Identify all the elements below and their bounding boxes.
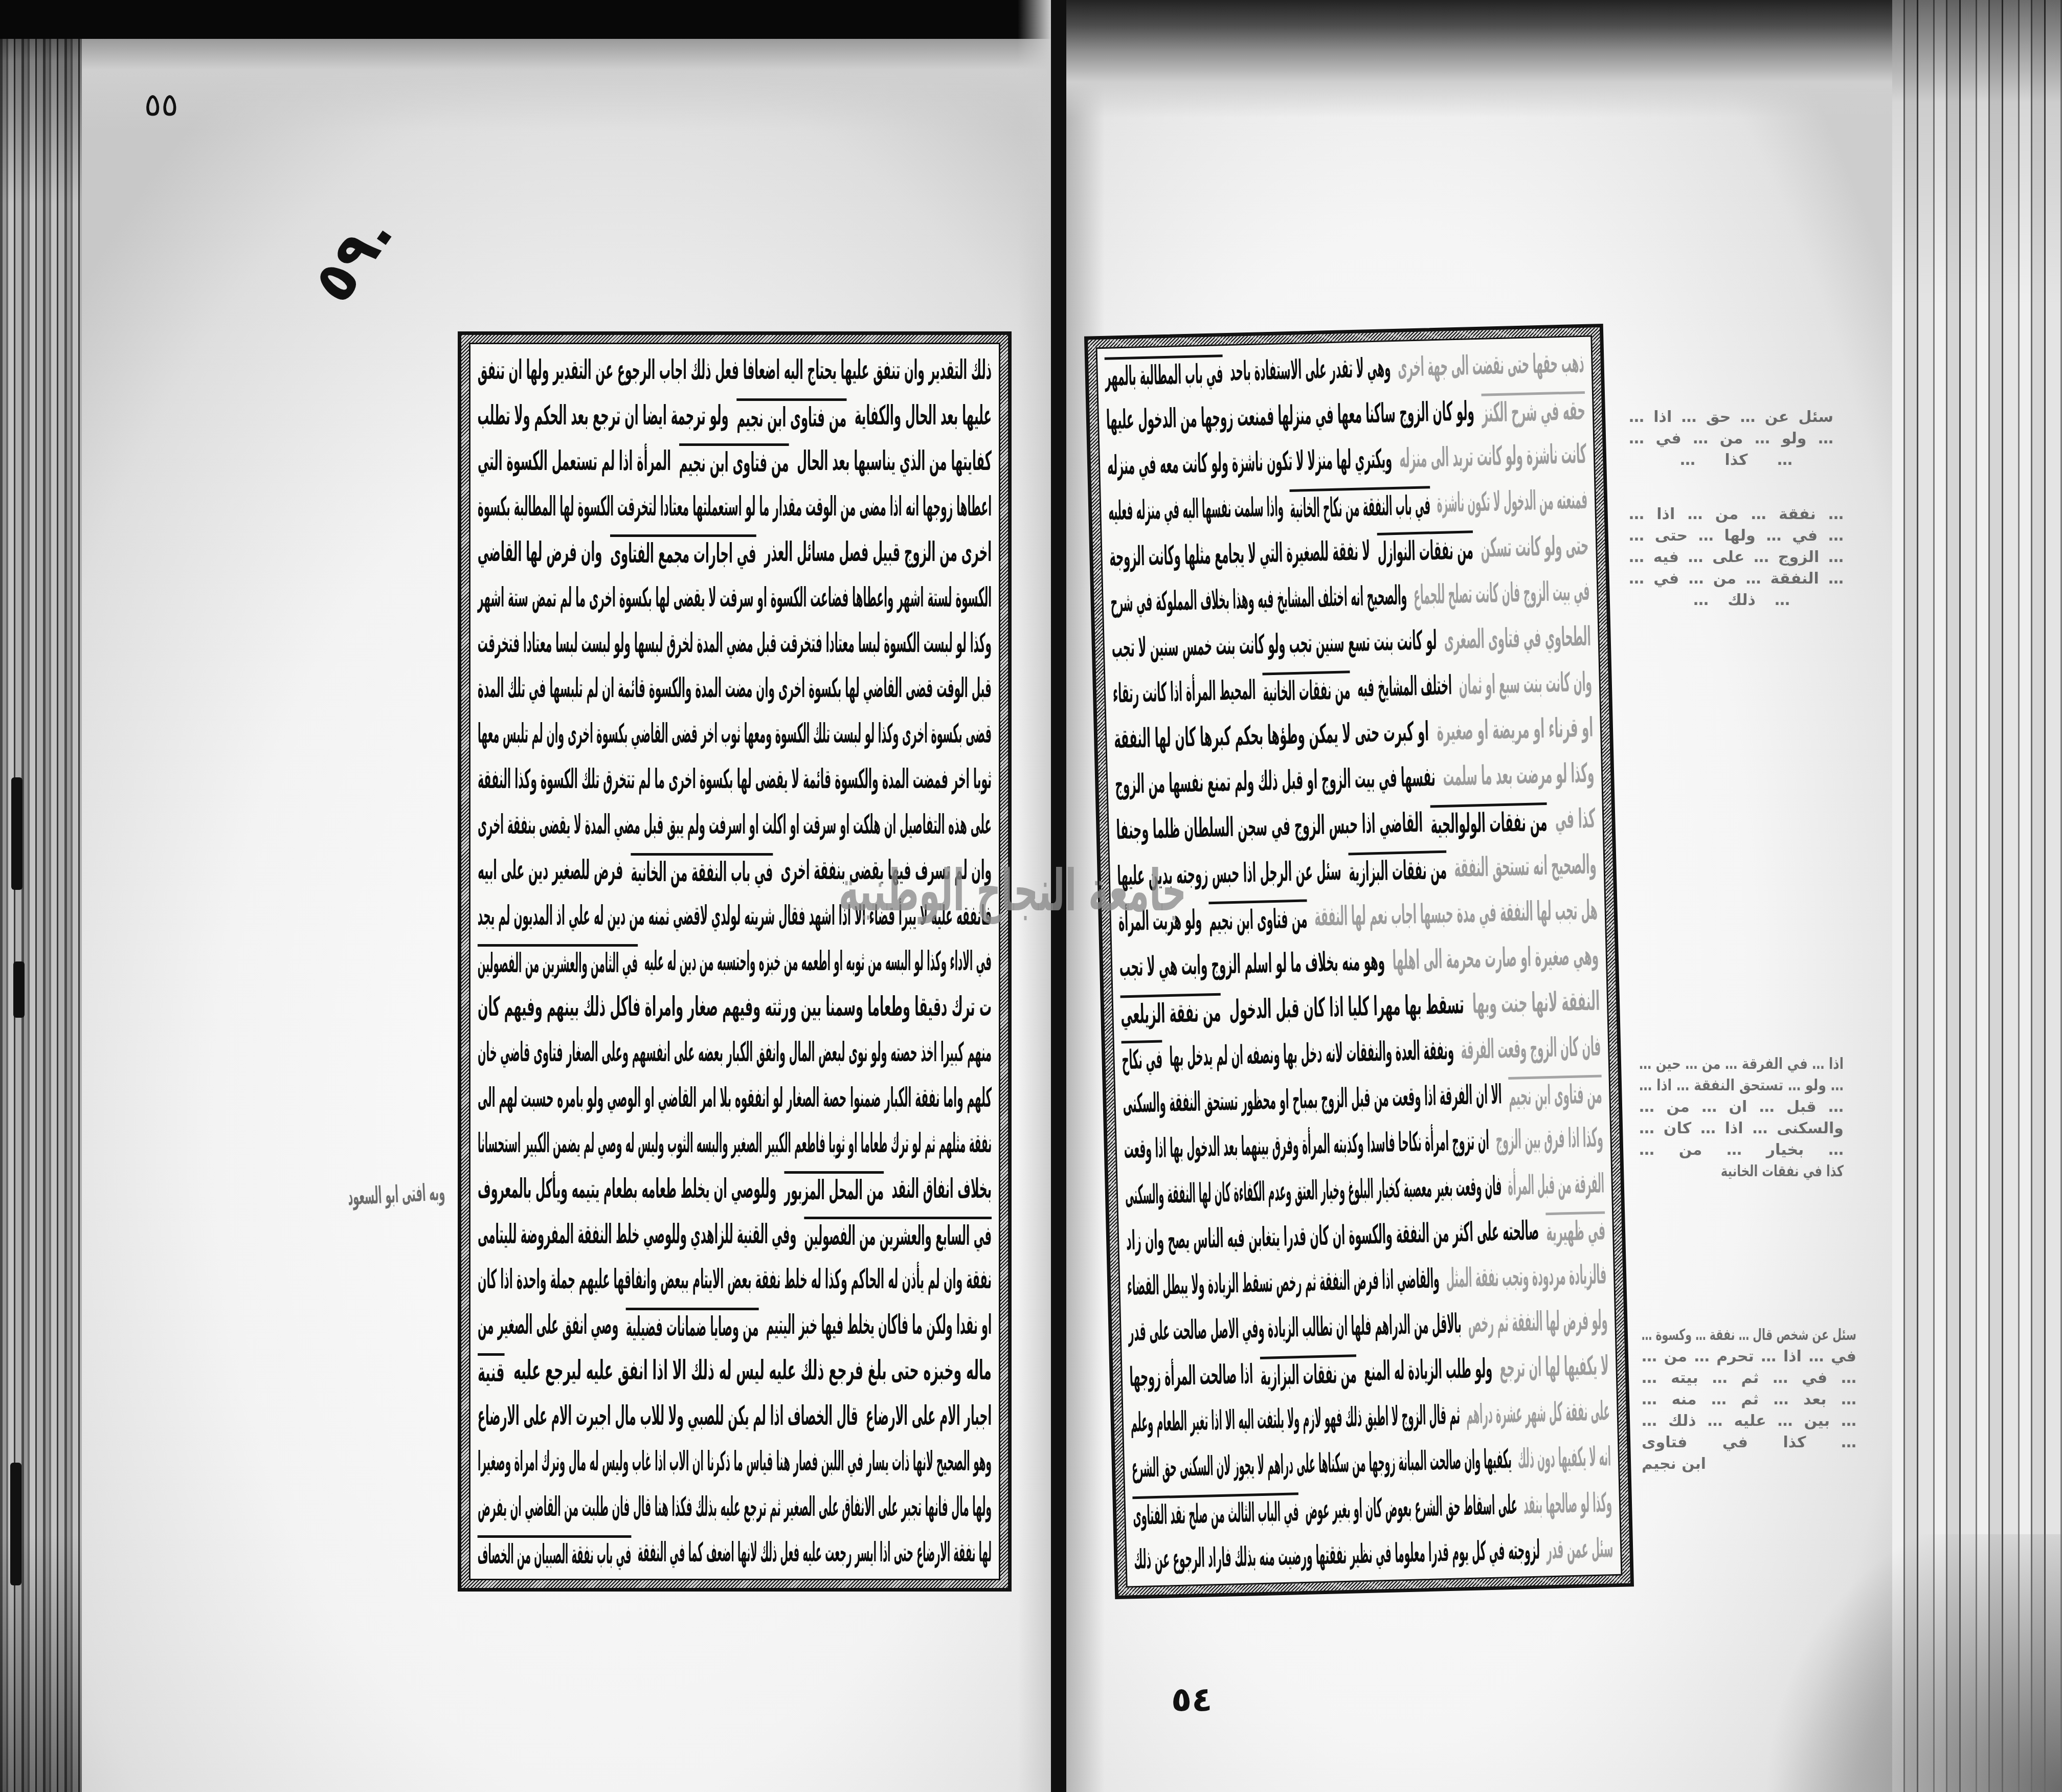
line-row: ت ترك دقيقا وطعاما وسمنا بين ورثته وفيهم… xyxy=(478,985,992,1029)
note-text: … الزوج … على … فيه … xyxy=(1629,547,1844,568)
note-line: … كذا … xyxy=(1680,450,1792,471)
left-page-edges xyxy=(0,0,84,1792)
line-row: … بعد … ثم … منه … xyxy=(1642,1389,1856,1410)
text-line: ماله وخبزه حتى بلغ فرجع ذلك عليه ليس له … xyxy=(478,1349,992,1393)
line-row: … في … ولها … حتى … xyxy=(1629,525,1844,547)
line-row: كلهم واما نفقة الكبار ضمنوا حصة الصغار ل… xyxy=(478,1076,992,1120)
line-text: ويكتري لها منزلا لا تكون ناشزة ولو كانت … xyxy=(1107,437,1393,488)
source-citation: من وصايا ضمانات فضيلية xyxy=(626,1308,759,1343)
line-text: صالحته على اكثر من النفقة والكسوة ان كان… xyxy=(1126,1208,1539,1263)
line-text: كلهم واما نفقة الكبار ضمنوا حصة الصغار ل… xyxy=(478,1076,992,1120)
note-text: … ذلك … xyxy=(1693,590,1790,611)
source-citation: في السابع والعشرين من الفصولين xyxy=(804,1217,992,1252)
note-text: … ولو … تستحق النفقة … اذا … xyxy=(1639,1075,1844,1096)
source-citation: في باب المطالبة بالمهر xyxy=(1105,354,1224,392)
source-citation: في باب نفقة الصبيان من الخصاف xyxy=(478,1535,632,1571)
note-text: ابن نجيم xyxy=(1642,1453,1706,1475)
line-row: اعطاها زوجها انه اذا مضى من الوقت مقدار … xyxy=(478,485,992,529)
line-text: ان تزوج امرأة نكاحا فاسدا وكذبته المرأة … xyxy=(1124,1118,1490,1171)
note-text: والسكنى … اذا … كان … xyxy=(1639,1118,1844,1139)
text-line: سئل عمن قدرلزوجته في كل يوم قدرا معلوما … xyxy=(1133,1526,1613,1582)
note-line: … في … ولها … حتى … xyxy=(1629,525,1844,547)
faded-text: فان كان الزوج وقعت الفرقة xyxy=(1461,1025,1602,1072)
text-line: في الاداء وكذا لو البسه من ثوبه او اطعمه… xyxy=(478,939,992,983)
line-text: ثوبا اخر فمضت المدة والكسوة قائمة لا يقض… xyxy=(478,757,992,801)
line-row: … في … ثم … بيته … xyxy=(1642,1368,1856,1389)
line-text: ولو ترجمة ايضا ان ترجع بعد الحكم ولا تطل… xyxy=(478,394,729,438)
line-text: الكسوة لستة اشهر واعطاها فضاعت الكسوة او… xyxy=(478,576,992,620)
note-line: ابن نجيم xyxy=(1642,1453,1706,1475)
faded-text: انه لا يكفيها دون ذلك xyxy=(1517,1435,1611,1481)
source-citation: في الباب الثالث من صلح نقد الفتاوى xyxy=(1132,1492,1299,1532)
line-row: سئل عن شخص قال … نفقة … وكسوة … xyxy=(1642,1325,1856,1346)
left-margin-note: وبه افتى ابو السعود xyxy=(347,1171,446,1217)
source-citation: قنية xyxy=(478,1353,504,1388)
line-text: وهو الصحيح لانها ذات يسار في اللبن فصار … xyxy=(478,1440,992,1484)
line-text: ت ترك دقيقا وطعاما وسمنا بين ورثته وفيهم… xyxy=(478,985,992,1029)
source-citation: من نفقات الخانية xyxy=(1262,670,1351,708)
right-text-frame: ذهب حقها حتى نقضت الى جهة اخرىوهي لا تقد… xyxy=(1084,324,1634,1599)
note-line: … ولو … تستحق النفقة … اذا … xyxy=(1639,1075,1844,1096)
text-line: لها نفقة الارضاع حتى اذا ايسر رجعت عليه … xyxy=(478,1531,992,1575)
line-text: بخلاف انفاق النقد xyxy=(891,1167,992,1211)
watermark-line: جامعة النجاح الوطنية xyxy=(839,855,1186,927)
faded-text: النفقة لانها جنت وبها xyxy=(1472,979,1600,1026)
line-text: نفقة وان لم يأذن له الحاكم وكذا له خلط ن… xyxy=(478,1258,992,1302)
text-line: ثوبا اخر فمضت المدة والكسوة قائمة لا يقض… xyxy=(478,757,992,801)
line-row: … بين … عليه … ذلك … xyxy=(1642,1410,1856,1432)
edge-inscription-mark xyxy=(10,1463,21,1585)
line-row: … بخيار … من … xyxy=(1639,1139,1844,1161)
line-row: لها نفقة الارضاع حتى اذا ايسر رجعت عليه … xyxy=(478,1531,992,1575)
note-line: اذا … في الفرقة … من … حين … xyxy=(1639,1054,1844,1075)
right-page-edges xyxy=(1892,0,2062,1792)
faded-text: في بيت الزوج فان كانت تصلح للجماع xyxy=(1413,569,1590,617)
text-line: الكسوة لستة اشهر واعطاها فضاعت الكسوة او… xyxy=(478,576,992,620)
line-row: … كذا في فتاوى xyxy=(1642,1432,1856,1453)
line-text: وكذا لو لبست الكسوة لبسا معتادا فتخرقت ق… xyxy=(478,621,992,665)
line-text: على هذه التفاصيل ان هلكت او سرقت او اكلت… xyxy=(478,803,992,847)
text-line: كفايتها من الذي يناسبها بعد الحالمن فتاو… xyxy=(478,439,992,483)
note-text: … كذا في فتاوى xyxy=(1642,1432,1856,1453)
line-text: على اسقاط حق الشرع بعوض كان او بغير عوض xyxy=(1305,1483,1518,1532)
text-line: او نقدا ولكن ما فاكان يخلط فيها خبز اليت… xyxy=(478,1303,992,1347)
faded-text: على نفقة كل شهر عشرة دراهم xyxy=(1466,1390,1610,1437)
text-line: عليها بعد الحال والكفايةمن فتاوى ابن نجي… xyxy=(478,394,992,438)
note-text: … قبل … ان … من … xyxy=(1639,1096,1844,1118)
line-row: او نقدا ولكن ما فاكان يخلط فيها خبز اليت… xyxy=(478,1303,992,1347)
note-line: والسكنى … اذا … كان … xyxy=(1639,1118,1844,1139)
line-row: وبه افتى ابو السعود xyxy=(347,1171,446,1217)
line-row: في الاداء وكذا لو البسه من ثوبه او اطعمه… xyxy=(478,939,992,983)
text-line: قضى بكسوة اخرى وكذا لو لبست تلك الكسوة و… xyxy=(478,712,992,756)
line-row: في … اذا … تحرم … من … xyxy=(1642,1346,1856,1368)
faded-text: وكذا لو صالحها بنقد xyxy=(1523,1481,1612,1527)
note-line: … بخيار … من … xyxy=(1639,1139,1844,1161)
line-text: وصي انفق على الصغير من xyxy=(478,1303,618,1347)
line-text: ولو طلب الزيادة له المنع xyxy=(1363,1347,1493,1394)
line-row: ماله وخبزه حتى بلغ فرجع ذلك عليه ليس له … xyxy=(478,1349,992,1393)
line-text: واذا سلمت نفسها اليه في منزله فعليه xyxy=(1108,485,1284,533)
faded-text: الفرقة من قبل المرأة xyxy=(1507,1161,1605,1208)
line-text: قال الخصاف اذا لم يكن للصبي ولا للاب مال… xyxy=(478,1394,858,1438)
source-citation: من المحل المزبور xyxy=(785,1171,884,1206)
note-line: سئل عن شخص قال … نفقة … وكسوة … xyxy=(1642,1325,1856,1346)
source-citation: في ظهيرية xyxy=(1545,1212,1605,1248)
text-line: نفقة وان لم يأذن له الحاكم وكذا له خلط ن… xyxy=(478,1258,992,1302)
note-line: … نفقة … من … اذا … xyxy=(1629,504,1844,525)
line-text: تسقط بها مهرا كليا اذا كان قبل الدخول xyxy=(1229,982,1465,1032)
note-line: … كذا في فتاوى xyxy=(1642,1432,1856,1453)
margin-note: … نفقة … من … اذا … … في … ولها … حتى … … xyxy=(1629,504,1844,611)
line-text: قبل الوقت قضى القاضي لها بكسوة اخرى وان … xyxy=(478,666,992,710)
note-text: في … اذا … تحرم … من … xyxy=(1642,1346,1856,1368)
note-line: … النفقة … من … في … xyxy=(1629,568,1844,590)
note-text: سئل عن شخص قال … نفقة … وكسوة … xyxy=(1642,1325,1856,1346)
text-line: ولها مال فانها تجبر على الانفاق على الصغ… xyxy=(478,1485,992,1529)
line-row: … نفقة … من … اذا … xyxy=(1629,504,1844,525)
note-text: … في … ثم … بيته … xyxy=(1642,1368,1856,1389)
note-line: … ولو … من … في … xyxy=(1629,428,1833,450)
text-line: اعطاها زوجها انه اذا مضى من الوقت مقدار … xyxy=(478,485,992,529)
note-line: … في … ثم … بيته … xyxy=(1642,1368,1856,1389)
line-text: وهو منه بخلاف ما لو اسلم الزوج وابت هي ل… xyxy=(1119,939,1385,990)
line-text: او كبرت حتى لا يمكن وطؤها بحكم كبرها كان… xyxy=(1113,710,1429,761)
faded-text: سئل عمن قدر xyxy=(1546,1526,1613,1572)
line-row: … النفقة … من … في … xyxy=(1629,568,1844,590)
watermark-text: جامعة النجاح الوطنية xyxy=(839,855,1186,927)
edge-inscription-mark xyxy=(13,961,25,1018)
line-text: كفايتها من الذي يناسبها بعد الحال xyxy=(797,439,992,483)
line-text: لزوجته في كل يوم قدرا معلوما في نظير نفق… xyxy=(1133,1528,1540,1581)
line-row: الكسوة لستة اشهر واعطاها فضاعت الكسوة او… xyxy=(478,576,992,620)
note-line: … ذلك … xyxy=(1693,590,1790,611)
faded-text: كذا في xyxy=(1555,797,1596,842)
note-line: … قبل … ان … من … xyxy=(1639,1096,1844,1118)
line-text: عليها بعد الحال والكفاية xyxy=(855,394,992,438)
line-text: الا ان الفرقة اذا وقعت من قبل الزوج بمبا… xyxy=(1122,1073,1502,1126)
faded-text: فالزيادة مردودة وتجب نفقة المثل xyxy=(1446,1252,1607,1301)
line-text: وللوصي ان يخلط طعامه بطعام يتيمه ويأكل ب… xyxy=(478,1167,776,1211)
line-text: اعطاها زوجها انه اذا مضى من الوقت مقدار … xyxy=(478,485,992,529)
note-line: سئل عن … حق … اذا … xyxy=(1629,407,1833,428)
line-row: ذلك التقدير وان تنفق عليها يحتاج اليه اض… xyxy=(478,348,992,392)
line-text: نفسها في بيت الزوج او قبل ذلك ولم تمنع ن… xyxy=(1114,755,1436,807)
page-number: ٥٥ xyxy=(144,86,178,123)
line-text: والصحيح انه اختلف المشايخ فيه وهذا بخلاف… xyxy=(1110,573,1407,624)
source-citation: من نفقات البزازية xyxy=(1260,1354,1357,1392)
left-text-block: ذلك التقدير وان تنفق عليها يحتاج اليه اض… xyxy=(469,343,1000,1580)
page-shadow xyxy=(82,39,1051,131)
note-text: … في … ولها … حتى … xyxy=(1629,525,1844,547)
margin-note: سئل عن شخص قال … نفقة … وكسوة … في … اذا… xyxy=(1642,1325,1856,1475)
note-text: … ولو … من … في … xyxy=(1629,428,1833,450)
faded-text: وكذا لو مرضت بعد ما سلمت xyxy=(1443,751,1595,799)
line-row: قبل الوقت قضى القاضي لها بكسوة اخرى وان … xyxy=(478,666,992,710)
source-citation: من نفقة الزيلعي xyxy=(1120,993,1222,1031)
note-text: وبه افتى ابو السعود xyxy=(347,1171,446,1217)
text-line: قبل الوقت قضى القاضي لها بكسوة اخرى وان … xyxy=(478,666,992,710)
margin-note: سئل عن … حق … اذا … … ولو … من … في … … … xyxy=(1629,407,1833,471)
note-line: في … اذا … تحرم … من … xyxy=(1642,1346,1856,1368)
line-text: منهم كبيرا اخذ حصته ولو نوى لبعض المال و… xyxy=(478,1031,992,1074)
line-text: ذلك التقدير وان تنفق عليها يحتاج اليه اض… xyxy=(478,348,992,392)
line-text: فان وقعت بغير معصية كخيار البلوغ وخيار ا… xyxy=(1125,1164,1502,1217)
source-citation: من فتاوى ابن نجيم xyxy=(1508,1074,1602,1112)
note-line: … الزوج … على … فيه … xyxy=(1629,547,1844,568)
line-row: … كذا … xyxy=(1680,450,1792,471)
line-row: … الزوج … على … فيه … xyxy=(1629,547,1844,568)
line-row: نفقة مثلهم ثم لو ترك طعاما او ثوبا فاطعم… xyxy=(478,1122,992,1166)
faded-text: والصحيح انه تستحق النفقة xyxy=(1453,842,1597,890)
note-text: سئل عن … حق … اذا … xyxy=(1629,407,1833,428)
line-row: قضى بكسوة اخرى وكذا لو لبست تلك الكسوة و… xyxy=(478,712,992,756)
source-citation: في نكاح xyxy=(1122,1040,1163,1076)
line-text: لو كانت بنت تسع سنين تجب ولو كانت بنت خم… xyxy=(1111,618,1438,670)
line-text: نفقة مثلهم ثم لو ترك طعاما او ثوبا فاطعم… xyxy=(478,1122,992,1166)
text-line: نفقة مثلهم ثم لو ترك طعاما او ثوبا فاطعم… xyxy=(478,1122,992,1166)
line-row: وكذا لو لبست الكسوة لبسا معتادا فتخرقت ق… xyxy=(478,621,992,665)
source-citation: حقه في شرح الكنز xyxy=(1482,391,1586,429)
note-line: كذا في نفقات الخانية xyxy=(1721,1161,1844,1182)
faded-text: وهي صغيرة او صارت محرمة الى اهلها xyxy=(1392,933,1599,982)
line-text: ثم قال الزوج لا اطيق ذلك فهو لازم ولا يل… xyxy=(1130,1393,1461,1445)
line-row: عليها بعد الحال والكفايةمن فتاوى ابن نجي… xyxy=(478,394,992,438)
line-text: ولها مال فانها تجبر على الانفاق على الصغ… xyxy=(478,1485,992,1529)
line-row: في السابع والعشرين من الفصولينوفي القنية… xyxy=(478,1213,992,1257)
margin-note: اذا … في الفرقة … من … حين … … ولو … تست… xyxy=(1639,1054,1844,1182)
note-text: … كذا … xyxy=(1680,450,1792,471)
line-row: كفايتها من الذي يناسبها بعد الحالمن فتاو… xyxy=(478,439,992,483)
line-text: يكفيها وان صالحت المبانة زوجها من سكناها… xyxy=(1131,1437,1512,1490)
line-text: قضى بكسوة اخرى وكذا لو لبست تلك الكسوة و… xyxy=(478,712,992,756)
source-citation: من فتاوى ابن نجيم xyxy=(1208,900,1308,937)
source-citation: من نفقات البزازية xyxy=(1348,850,1447,888)
line-row: … ولو … تستحق النفقة … اذا … xyxy=(1639,1075,1844,1096)
line-text: المحيط المرأة اذا كانت رتقاء xyxy=(1112,668,1256,716)
right-text-block: ذهب حقها حتى نقضت الى جهة اخرىوهي لا تقد… xyxy=(1096,335,1623,1588)
line-text: لها نفقة الارضاع حتى اذا ايسر رجعت عليه … xyxy=(638,1531,992,1575)
line-row: سئل عمن قدرلزوجته في كل يوم قدرا معلوما … xyxy=(1133,1526,1613,1582)
line-row: نفقة وان لم يأذن له الحاكم وكذا له خلط ن… xyxy=(478,1258,992,1302)
book-top-edge xyxy=(0,0,1051,39)
line-text: ماله وخبزه حتى بلغ فرجع ذلك عليه ليس له … xyxy=(513,1349,992,1393)
text-line: على هذه التفاصيل ان هلكت او سرقت او اكلت… xyxy=(478,803,992,847)
text-line: اجبار الام على الارضاعقال الخصاف اذا لم … xyxy=(478,1394,992,1438)
line-text: بالاقل من الدراهم فلها ان تطالب الزيادة … xyxy=(1128,1302,1462,1354)
note-text: … بين … عليه … ذلك … xyxy=(1642,1410,1856,1432)
source-citation: في اجارات مجمع الفتاوى xyxy=(610,534,756,570)
line-text: اختلف المشايخ فيه xyxy=(1357,663,1452,709)
library-watermark: جامعة النجاح الوطنية xyxy=(839,855,1186,927)
faded-text: هل تجب لها النفقة في مدة حبسها اجاب نعم … xyxy=(1314,888,1598,938)
line-row: اذا … في الفرقة … من … حين … xyxy=(1639,1054,1844,1075)
line-text: القاضي اذا حبس الزوج في سجن السلطان ظلما… xyxy=(1116,801,1423,853)
text-line: منهم كبيرا اخذ حصته ولو نوى لبعض المال و… xyxy=(478,1031,992,1074)
line-row: ولها مال فانها تجبر على الانفاق على الصغ… xyxy=(478,1485,992,1529)
line-row: كذا في نفقات الخانية xyxy=(1721,1161,1844,1182)
faded-text: وكذا اذا فرق بين الزوج xyxy=(1495,1116,1604,1162)
faded-text: لا يكفيها لها ان ترجع xyxy=(1499,1343,1609,1390)
faded-text: وان كانت بنت سبع او ثمان xyxy=(1459,660,1593,707)
line-row: اخرى من الزوج قبيل فصل مسائل العذرفي اجا… xyxy=(478,530,992,574)
line-row: ثوبا اخر فمضت المدة والكسوة قائمة لا يقض… xyxy=(478,757,992,801)
edge-inscription-mark xyxy=(11,777,23,890)
text-line: وهو الصحيح لانها ذات يسار في اللبن فصار … xyxy=(478,1440,992,1484)
line-row: منهم كبيرا اخذ حصته ولو نوى لبعض المال و… xyxy=(478,1031,992,1074)
note-text: … بخيار … من … xyxy=(1639,1139,1844,1161)
note-text: … بعد … ثم … منه … xyxy=(1642,1389,1856,1410)
line-row: والسكنى … اذا … كان … xyxy=(1639,1118,1844,1139)
faded-text: ولو فرض لها النفقة ثم رخص xyxy=(1468,1298,1608,1346)
text-line: ذلك التقدير وان تنفق عليها يحتاج اليه اض… xyxy=(478,348,992,392)
source-citation: من نفقات الولوالجية xyxy=(1430,802,1548,840)
page-shadow xyxy=(1764,1534,2062,1792)
line-text: او نقدا ولكن ما فاكان يخلط فيها خبز اليت… xyxy=(766,1303,992,1347)
source-citation: في باب النفقة من الخانية xyxy=(631,853,773,888)
text-line: اخرى من الزوج قبيل فصل مسائل العذرفي اجا… xyxy=(478,530,992,574)
line-text: اذا صالحت المرأة زوجها xyxy=(1129,1352,1254,1399)
line-row: … ولو … من … في … xyxy=(1629,428,1833,450)
line-row: … ذلك … xyxy=(1693,590,1790,611)
note-line: … بين … عليه … ذلك … xyxy=(1642,1410,1856,1432)
note-line: وبه افتى ابو السعود xyxy=(347,1171,446,1217)
note-text: … نفقة … من … اذا … xyxy=(1629,504,1844,525)
note-text: كذا في نفقات الخانية xyxy=(1721,1161,1844,1182)
text-line: في السابع والعشرين من الفصولينوفي القنية… xyxy=(478,1213,992,1257)
line-row: … قبل … ان … من … xyxy=(1639,1096,1844,1118)
faded-text: كانت ناشزة ولو كانت تريد الى منزله xyxy=(1399,432,1587,481)
line-text: اخرى من الزوج قبيل فصل مسائل العذر xyxy=(764,530,992,574)
section-heading: اجبار الام على الارضاع xyxy=(866,1394,992,1438)
line-text: فرض للصغير دين على ابيه xyxy=(478,848,623,892)
line-text: المرأة اذا لم تستعمل الكسوة التي xyxy=(478,439,671,483)
text-line: كلهم واما نفقة الكبار ضمنوا حصة الصغار ل… xyxy=(478,1076,992,1120)
faded-text: حتى ولو كانت تسكن xyxy=(1480,523,1589,570)
faded-text: الطحاوي في فتاوى الصغرى xyxy=(1444,615,1592,662)
source-citation: من نفقات النوازل xyxy=(1377,530,1474,568)
line-row: جامعة النجاح الوطنية xyxy=(839,855,1186,927)
line-text: والقاضي اذا فرض النفقة ثم رخص تسقط الزيا… xyxy=(1127,1257,1440,1308)
source-citation: من فتاوى ابن نجيم xyxy=(679,443,789,479)
line-row: ابن نجيم xyxy=(1642,1453,1706,1475)
note-text: … النفقة … من … في … xyxy=(1629,568,1844,590)
line-row: سئل عن … حق … اذا … xyxy=(1629,407,1833,428)
page-number: ٥٤ xyxy=(1171,1680,1213,1719)
line-row: اجبار الام على الارضاعقال الخصاف اذا لم … xyxy=(478,1394,992,1438)
line-text: في الاداء وكذا لو البسه من ثوبه او اطعمه… xyxy=(644,939,992,983)
faded-text: او قرناء او مريضة او صغيرة xyxy=(1436,706,1594,753)
text-line: بخلاف انفاق النقدمن المحل المزبوروللوصي … xyxy=(478,1167,992,1211)
line-row: وهو الصحيح لانها ذات يسار في اللبن فصار … xyxy=(478,1440,992,1484)
line-row: بخلاف انفاق النقدمن المحل المزبوروللوصي … xyxy=(478,1167,992,1211)
line-text: لا نفقة للصغيرة التي لا يجامع مثلها وكان… xyxy=(1109,529,1371,579)
source-citation: في الثامن والعشرين من الفصولين xyxy=(478,944,638,979)
note-line: … بعد … ثم … منه … xyxy=(1642,1389,1856,1410)
line-text: ولو كان الزوج ساكنا معها في منزلها فمنعت… xyxy=(1106,389,1475,442)
line-text: وفي القنية للزاهدي وللوصي خلط النفقة الم… xyxy=(478,1213,797,1257)
line-row: على هذه التفاصيل ان هلكت او سرقت او اكلت… xyxy=(478,803,992,847)
left-text-frame: ذلك التقدير وان تنفق عليها يحتاج اليه اض… xyxy=(458,331,1012,1592)
line-text: وان فرض لها القاضي xyxy=(478,530,602,574)
faded-text: فمنعته من الدخول لا تكون ناشزة xyxy=(1436,478,1588,525)
text-line: وكذا لو لبست الكسوة لبسا معتادا فتخرقت ق… xyxy=(478,621,992,665)
line-text: ونفقة العدة والنفقات لانه دخل بها ونصفه … xyxy=(1169,1028,1454,1080)
source-citation: من فتاوى ابن نجيم xyxy=(736,398,846,434)
line-text: وهي لا تقدر على الاستفادة باحد xyxy=(1229,346,1391,394)
source-citation: في باب النفقة من نكاح الخانية xyxy=(1290,486,1431,524)
text-line: ت ترك دقيقا وطعاما وسمنا بين ورثته وفيهم… xyxy=(478,985,992,1029)
faded-text: ذهب حقها حتى نقضت الى جهة اخرى xyxy=(1397,341,1585,390)
note-text: اذا … في الفرقة … من … حين … xyxy=(1639,1054,1844,1075)
